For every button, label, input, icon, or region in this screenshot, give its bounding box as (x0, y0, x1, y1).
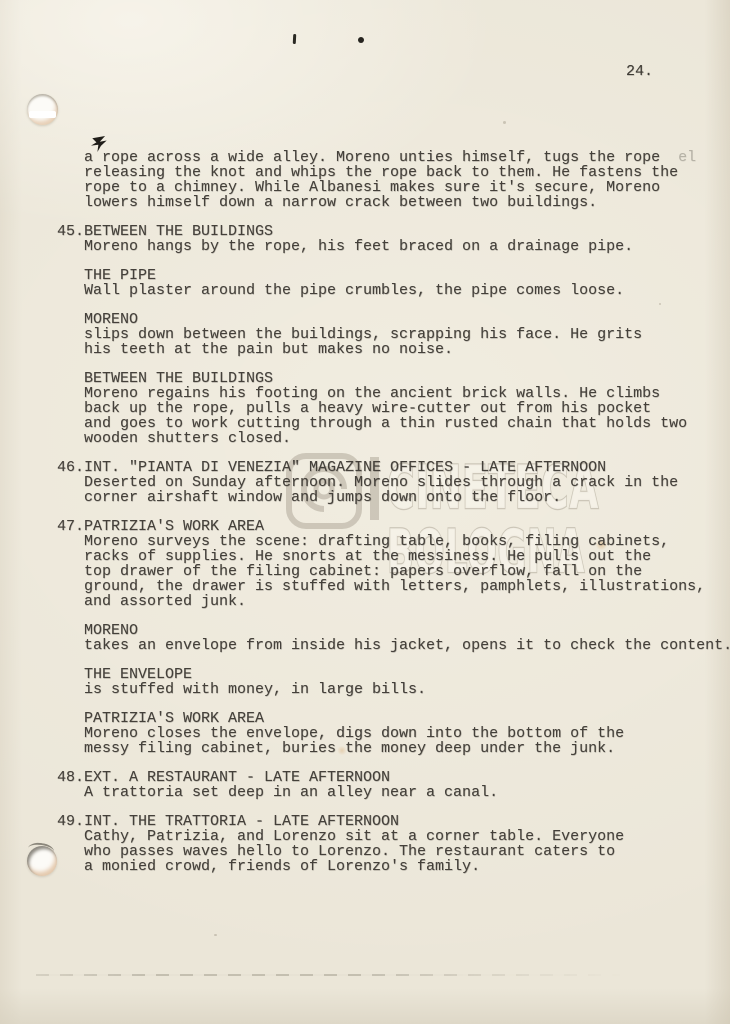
action-line: is stuffed with money, in large bills. (57, 682, 730, 697)
scene-heading: 47.PATRIZIA'S WORK AREA (57, 519, 730, 534)
shot-heading: MORENO (57, 623, 730, 638)
script-block-scene: 46.INT. "PIANTA DI VENEZIA" MAGAZINE OFF… (57, 460, 730, 505)
scan-crease-line (36, 974, 626, 976)
action-line: his teeth at the pain but makes no noise… (57, 342, 730, 357)
script-block-action: a rope across a wide alley. Moreno untie… (57, 150, 730, 210)
shot-heading: THE PIPE (57, 268, 730, 283)
script-block-shot: THE PIPEWall plaster around the pipe cru… (57, 268, 730, 298)
action-line: rope to a chimney. While Albanesi makes … (57, 180, 730, 195)
paper-speck (503, 121, 506, 124)
action-line: Moreno closes the envelope, digs down in… (57, 726, 730, 741)
action-line: and goes to work cutting through a thin … (57, 416, 730, 431)
action-line: Deserted on Sunday afternoon. Moreno sli… (57, 475, 730, 490)
hole-punch-bottom (27, 846, 57, 876)
script-block-scene: 49.INT. THE TRATTORIA - LATE AFTERNOONCa… (57, 814, 730, 874)
action-line: who passes waves hello to Lorenzo. The r… (57, 844, 730, 859)
action-line: a rope across a wide alley. Moreno untie… (57, 150, 730, 165)
shot-heading: THE ENVELOPE (57, 667, 730, 682)
script-block-scene: 48.EXT. A RESTAURANT - LATE AFTERNOONA t… (57, 770, 730, 800)
script-block-scene: 45.BETWEEN THE BUILDINGSMoreno hangs by … (57, 224, 730, 254)
action-line: and assorted junk. (57, 594, 730, 609)
scene-heading: 48.EXT. A RESTAURANT - LATE AFTERNOON (57, 770, 730, 785)
action-line: Cathy, Patrizia, and Lorenzo sit at a co… (57, 829, 730, 844)
script-block-shot: PATRIZIA'S WORK AREAMoreno closes the en… (57, 711, 730, 756)
script-block-shot: BETWEEN THE BUILDINGSMoreno regains his … (57, 371, 730, 446)
scene-heading: 46.INT. "PIANTA DI VENEZIA" MAGAZINE OFF… (57, 460, 730, 475)
action-line: releasing the knot and whips the rope ba… (57, 165, 730, 180)
action-line: Moreno regains his footing on the ancien… (57, 386, 730, 401)
action-line: a monied crowd, friends of Lorenzo's fam… (57, 859, 730, 874)
action-line: ground, the drawer is stuffed with lette… (57, 579, 730, 594)
shot-heading: PATRIZIA'S WORK AREA (57, 711, 730, 726)
page-number: 24. (626, 64, 653, 80)
action-line: wooden shutters closed. (57, 431, 730, 446)
hole-punch-top (27, 94, 58, 125)
action-line: messy filing cabinet, buries the money d… (57, 741, 730, 756)
action-line: slips down between the buildings, scrapp… (57, 327, 730, 342)
action-line: Moreno hangs by the rope, his feet brace… (57, 239, 730, 254)
action-line: A trattoria set deep in an alley near a … (57, 785, 730, 800)
action-line: Wall plaster around the pipe crumbles, t… (57, 283, 730, 298)
action-line: top drawer of the filing cabinet: papers… (57, 564, 730, 579)
script-block-shot: THE ENVELOPEis stuffed with money, in la… (57, 667, 730, 697)
faded-text: el (660, 149, 696, 166)
shot-heading: MORENO (57, 312, 730, 327)
scene-heading: 49.INT. THE TRATTORIA - LATE AFTERNOON (57, 814, 730, 829)
action-line: lowers himself down a narrow crack betwe… (57, 195, 730, 210)
stray-dot-mark (358, 37, 364, 43)
action-line: corner airshaft window and jumps down on… (57, 490, 730, 505)
stray-tick-mark (293, 34, 297, 44)
action-line: racks of supplies. He snorts at the mess… (57, 549, 730, 564)
script-block-shot: MORENOtakes an envelope from inside his … (57, 623, 730, 653)
shot-heading: BETWEEN THE BUILDINGS (57, 371, 730, 386)
action-line: Moreno surveys the scene: drafting table… (57, 534, 730, 549)
action-line: takes an envelope from inside his jacket… (57, 638, 730, 653)
scene-heading: 45.BETWEEN THE BUILDINGS (57, 224, 730, 239)
script-block-shot: MORENOslips down between the buildings, … (57, 312, 730, 357)
script-block-scene: 47.PATRIZIA'S WORK AREAMoreno surveys th… (57, 519, 730, 609)
paper-speck (214, 934, 217, 936)
action-line: back up the rope, pulls a heavy wire-cut… (57, 401, 730, 416)
scanned-script-page: CINETECA BOLOGNA 24. a rope across a wid… (0, 0, 730, 1024)
script-body: a rope across a wide alley. Moreno untie… (57, 150, 730, 888)
